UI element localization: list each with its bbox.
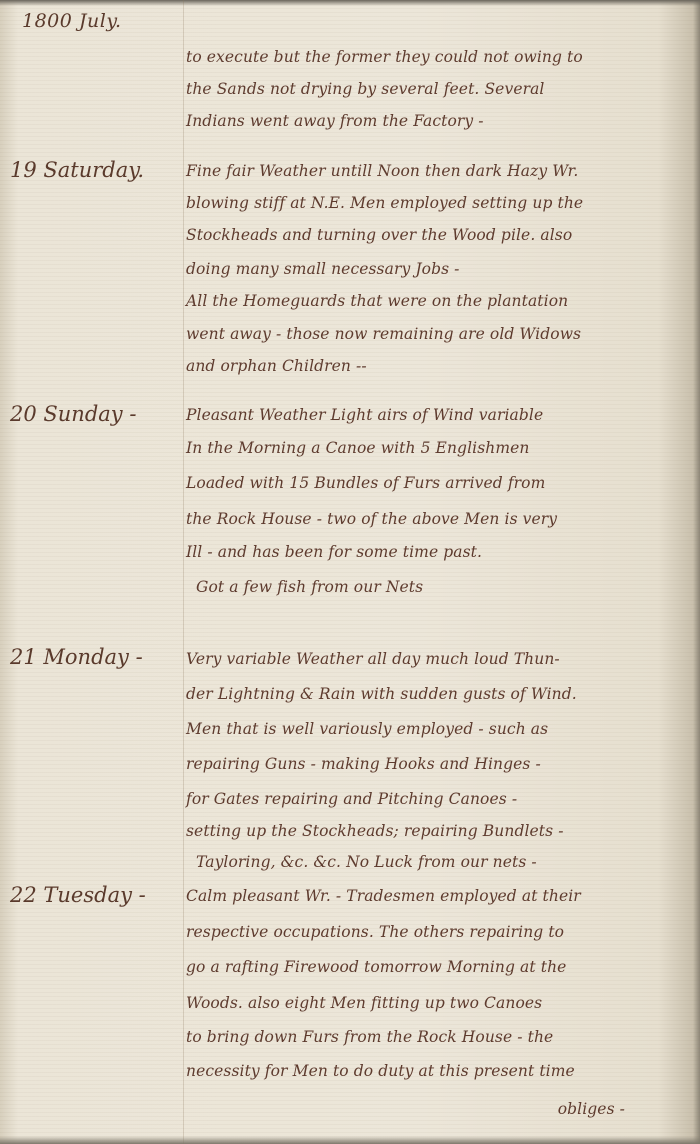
entry-day-sunday: 20 Sunday - bbox=[10, 402, 136, 426]
text-line: to execute but the former they could not… bbox=[186, 48, 583, 66]
entry-day-saturday: 19 Saturday. bbox=[10, 158, 144, 182]
text-line: Tayloring, &c. &c. No Luck from our nets… bbox=[196, 853, 537, 871]
catchword: obliges - bbox=[558, 1100, 625, 1118]
text-line: Indians went away from the Factory - bbox=[186, 112, 484, 130]
page-top-shadow bbox=[0, 0, 700, 6]
text-line: Calm pleasant Wr. - Tradesmen employed a… bbox=[186, 887, 581, 905]
page-header-date: 1800 July. bbox=[22, 10, 122, 32]
text-line: went away - those now remaining are old … bbox=[186, 325, 581, 343]
text-line: the Sands not drying by several feet. Se… bbox=[186, 80, 545, 98]
text-line: necessity for Men to do duty at this pre… bbox=[186, 1062, 575, 1080]
text-line: Stockheads and turning over the Wood pil… bbox=[186, 226, 572, 244]
text-line: Men that is well variously employed - su… bbox=[186, 720, 548, 738]
text-line: All the Homeguards that were on the plan… bbox=[186, 292, 568, 310]
text-line: Pleasant Weather Light airs of Wind vari… bbox=[186, 406, 543, 424]
text-line: Loaded with 15 Bundles of Furs arrived f… bbox=[186, 474, 545, 492]
text-line: Got a few fish from our Nets bbox=[196, 578, 423, 596]
text-line: blowing stiff at N.E. Men employed setti… bbox=[186, 194, 583, 212]
text-line: Woods. also eight Men fitting up two Can… bbox=[186, 994, 542, 1012]
text-line: setting up the Stockheads; repairing Bun… bbox=[186, 822, 564, 840]
text-line: to bring down Furs from the Rock House -… bbox=[186, 1028, 553, 1046]
journal-page: 1800 July. to execute but the former the… bbox=[0, 0, 700, 1144]
text-line: the Rock House - two of the above Men is… bbox=[186, 510, 557, 528]
page-bottom-shadow bbox=[0, 1136, 700, 1144]
text-line: Very variable Weather all day much loud … bbox=[186, 650, 560, 668]
text-line: In the Morning a Canoe with 5 Englishmen bbox=[186, 439, 530, 457]
margin-rule bbox=[183, 0, 184, 1144]
text-line: doing many small necessary Jobs - bbox=[186, 260, 460, 278]
text-line: Ill - and has been for some time past. bbox=[186, 543, 482, 561]
text-line: respective occupations. The others repai… bbox=[186, 923, 564, 941]
text-line: Fine fair Weather untill Noon then dark … bbox=[186, 162, 578, 180]
text-line: for Gates repairing and Pitching Canoes … bbox=[186, 790, 517, 808]
entry-day-monday: 21 Monday - bbox=[10, 645, 143, 669]
entry-day-tuesday: 22 Tuesday - bbox=[10, 883, 146, 907]
text-line: go a rafting Firewood tomorrow Morning a… bbox=[186, 958, 566, 976]
text-line: der Lightning & Rain with sudden gusts o… bbox=[186, 685, 577, 703]
text-line: repairing Guns - making Hooks and Hinges… bbox=[186, 755, 541, 773]
text-line: and orphan Children -- bbox=[186, 357, 367, 375]
